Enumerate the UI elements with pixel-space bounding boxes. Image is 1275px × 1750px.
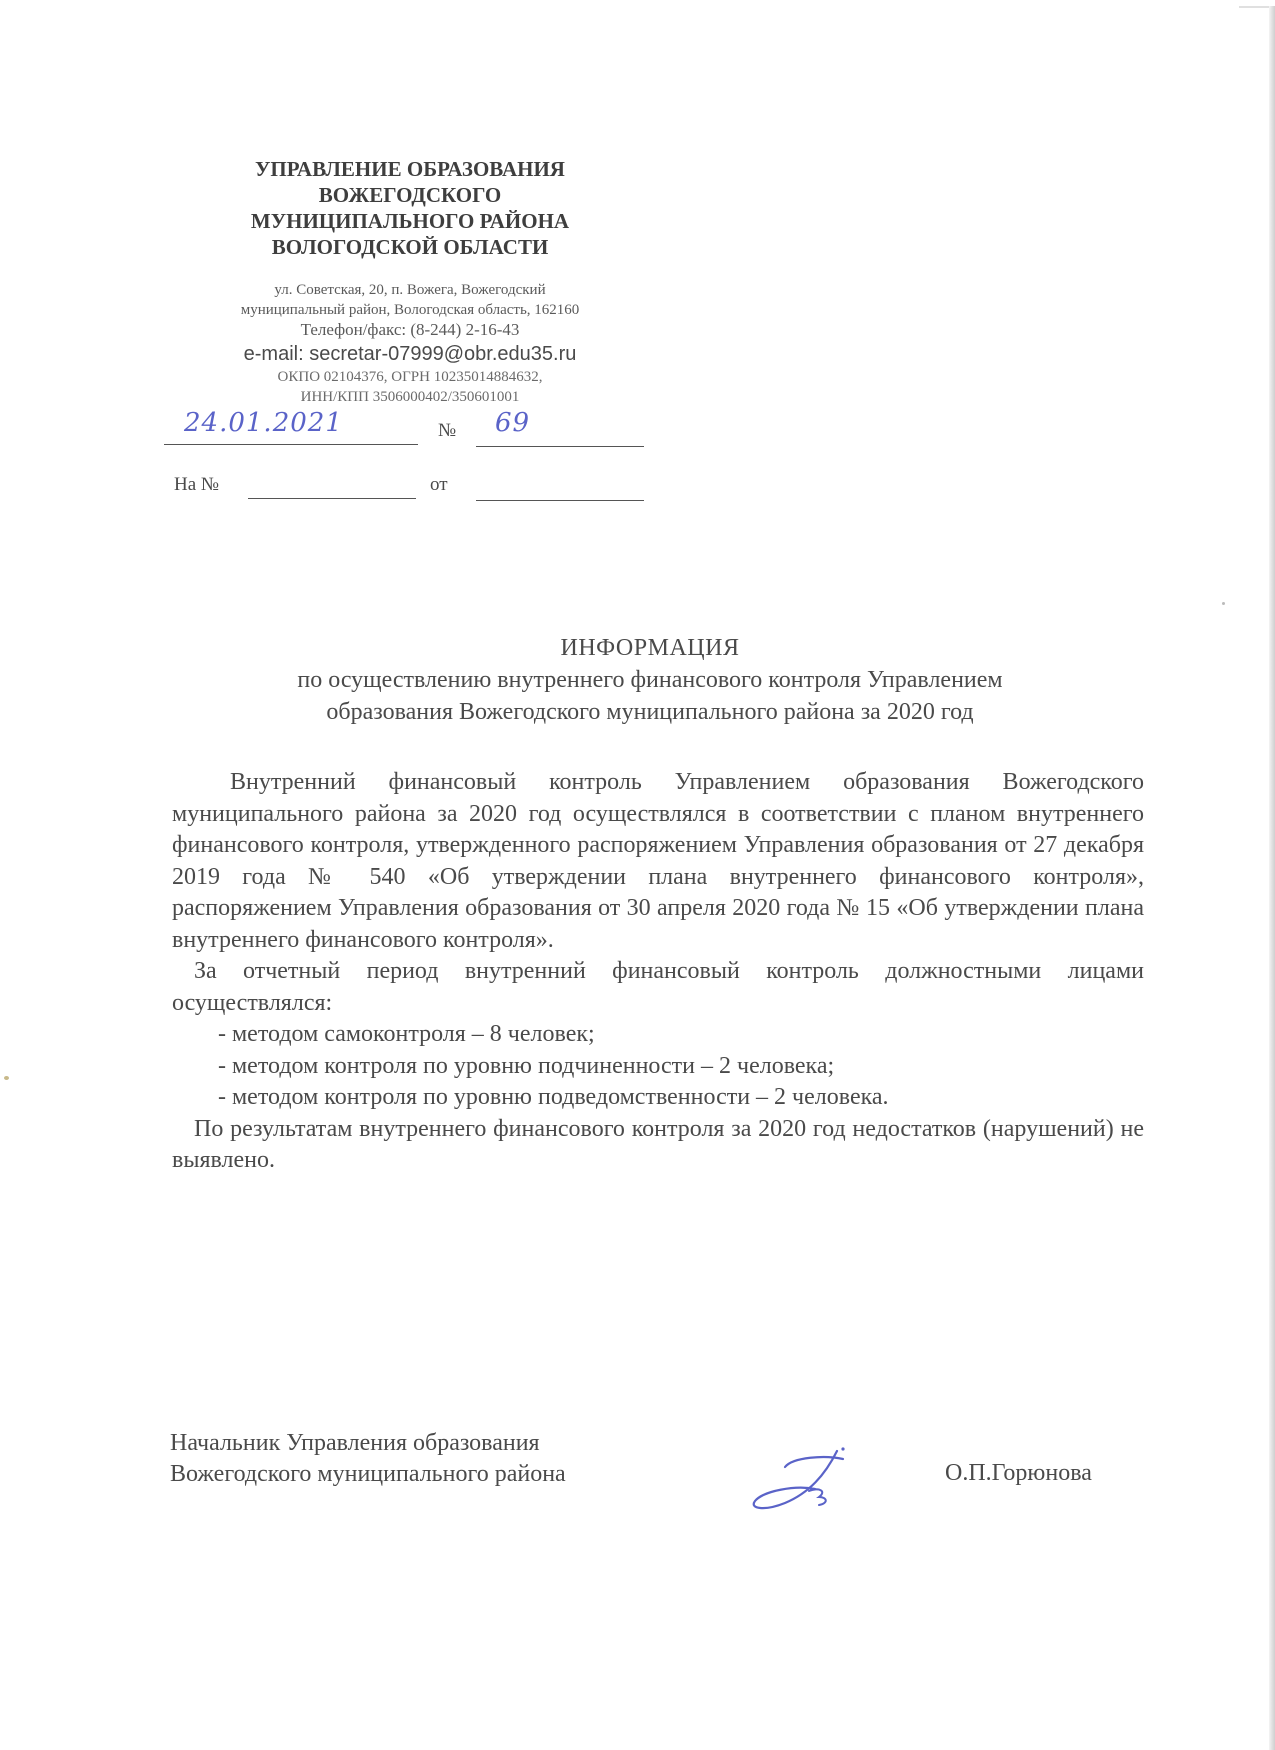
title-heading: ИНФОРМАЦИЯ <box>200 632 1100 664</box>
signatory-position: Начальник Управления образования Вожегод… <box>170 1428 566 1490</box>
registry-codes: ОКПО 02104376, ОГРН 10235014884632, <box>190 367 630 387</box>
position-line: Начальник Управления образования <box>170 1428 566 1459</box>
title-subtitle-line: по осуществлению внутреннего финансового… <box>200 664 1100 696</box>
method-list-item: - методом контроля по уровню подведомств… <box>172 1082 1144 1114</box>
body-paragraph: Внутренний финансовый контроль Управлени… <box>172 767 1144 956</box>
organization-name: УПРАВЛЕНИЕ ОБРАЗОВАНИЯ ВОЖЕГОДСКОГО МУНИ… <box>190 156 630 260</box>
body-paragraph: По результатам внутреннего финансового к… <box>172 1114 1144 1177</box>
body-paragraph: За отчетный период внутренний финансовый… <box>172 956 1144 1019</box>
reply-number-underline <box>248 498 416 499</box>
number-underline <box>476 446 644 447</box>
date-underline <box>164 444 418 445</box>
reply-registration-row: На № от <box>160 470 650 510</box>
from-label: от <box>430 474 448 496</box>
handwritten-signature-icon <box>745 1445 855 1515</box>
document-body: Внутренний финансовый контроль Управлени… <box>172 767 1144 1177</box>
title-subtitle-line: образования Вожегодского муниципального … <box>200 696 1100 728</box>
address-line: муниципальный район, Вологодская область… <box>190 300 630 320</box>
outgoing-registration-row: 24.01.2021 № 69 <box>160 408 650 448</box>
scan-speck <box>1222 602 1225 605</box>
org-name-line: УПРАВЛЕНИЕ ОБРАЗОВАНИЯ <box>190 156 630 182</box>
page-edge-shadow <box>1269 6 1275 1750</box>
document-title: ИНФОРМАЦИЯ по осуществлению внутреннего … <box>200 632 1100 728</box>
outgoing-number: 69 <box>495 408 530 438</box>
scan-speck <box>4 1076 9 1080</box>
position-line: Вожегодского муниципального района <box>170 1459 566 1490</box>
address-line: ул. Советская, 20, п. Вожега, Вожегодски… <box>190 280 630 300</box>
tax-codes: ИНН/КПП 3506000402/350601001 <box>190 387 630 407</box>
outgoing-date: 24.01.2021 <box>184 408 343 438</box>
from-date-underline <box>476 500 644 501</box>
org-name-line: ВОЖЕГОДСКОГО <box>190 182 630 208</box>
page-edge-corner <box>1239 6 1269 8</box>
number-label: № <box>438 420 456 442</box>
signer-name: О.П.Горюнова <box>945 1460 1092 1487</box>
email: e-mail: secretar-07999@obr.edu35.ru <box>190 341 630 367</box>
reply-number-label: На № <box>174 474 219 496</box>
method-list-item: - методом контроля по уровню подчиненнос… <box>172 1051 1144 1083</box>
org-name-line: МУНИЦИПАЛЬНОГО РАЙОНА <box>190 208 630 234</box>
phone-fax: Телефон/факс: (8-244) 2-16-43 <box>190 320 630 340</box>
method-list-item: - методом самоконтроля – 8 человек; <box>172 1019 1144 1051</box>
org-name-line: ВОЛОГОДСКОЙ ОБЛАСТИ <box>190 234 630 260</box>
organization-contacts: ул. Советская, 20, п. Вожега, Вожегодски… <box>190 280 630 407</box>
